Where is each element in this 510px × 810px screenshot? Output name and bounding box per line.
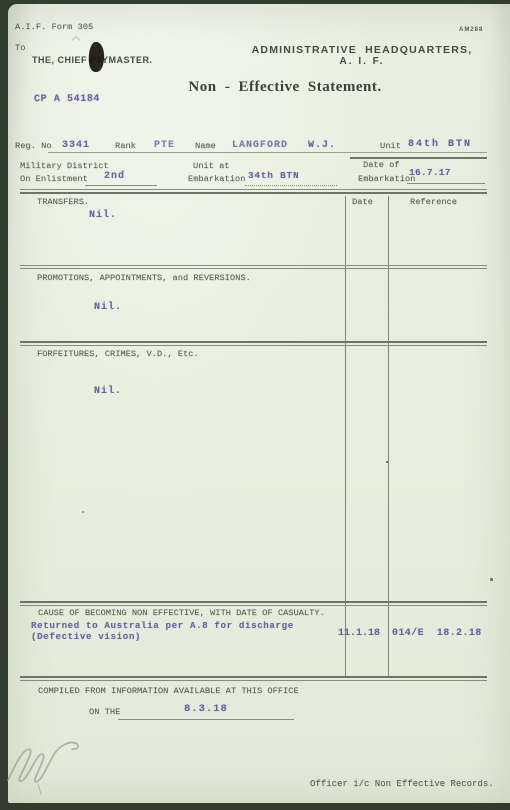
- form-number: A.I.F. Form 305: [15, 22, 93, 32]
- reg-no-label: Reg. No: [15, 141, 52, 151]
- pencil-signature: [2, 736, 97, 801]
- district-underline: [85, 185, 157, 186]
- printers-code: AM288: [459, 27, 483, 33]
- cause-entry-line1-stamp: Returned to Australia per A.8 for discha…: [31, 620, 294, 631]
- reference-column-header: Reference: [410, 197, 457, 207]
- embark-date-value: 16.7.17: [409, 167, 451, 178]
- district-label-line1: Military District: [20, 161, 109, 171]
- section-rule-top-a: [20, 189, 487, 190]
- registry-number-stamp: CP A 54184: [34, 94, 100, 105]
- forfeitures-separator-a: [20, 601, 487, 603]
- cause-label: CAUSE OF BECOMING NON EFFECTIVE, WITH DA…: [38, 608, 325, 618]
- on-the-label: ON THE: [89, 707, 120, 717]
- date-column-header: Date: [352, 197, 373, 207]
- paper-speck: [82, 511, 84, 513]
- unit-label: Unit: [380, 141, 401, 151]
- initials-value: W.J.: [308, 140, 336, 151]
- transfers-entry-stamp: Nil.: [89, 210, 117, 221]
- cause-entry-line2-stamp: (Defective vision): [31, 631, 141, 642]
- promotions-separator-b: [20, 345, 487, 346]
- unit-value: 84th BTN: [408, 139, 472, 150]
- form-title: Non - Effective Statement.: [165, 79, 405, 96]
- compiled-date-stamp: 8.3.18: [184, 703, 228, 715]
- section-rule-top-b: [20, 192, 487, 194]
- cause-reference-stamp: 014/E 18.2.18: [392, 628, 482, 639]
- org-name-line2: A. I. F.: [237, 56, 487, 67]
- transfers-separator-a: [20, 265, 487, 266]
- org-name-line1: ADMINISTRATIVE HEADQUARTERS,: [237, 44, 487, 56]
- name-label: Name: [195, 141, 216, 151]
- embark-unit-value: 34th BTN: [248, 170, 299, 181]
- rank-label: Rank: [115, 141, 136, 151]
- rank-value: PTE: [154, 140, 175, 151]
- compiled-date-underline: [118, 719, 294, 720]
- transfers-label: TRANSFERS.: [37, 197, 89, 207]
- embark-date-label-line1: Date of: [363, 160, 400, 170]
- embark-date-underline: [407, 183, 485, 184]
- promotions-entry-stamp: Nil.: [94, 302, 122, 313]
- embark-unit-label-line2: Embarkation: [188, 174, 245, 184]
- cause-date-stamp: 11.1.18: [338, 628, 380, 639]
- compiled-statement: COMPILED FROM INFORMATION AVAILABLE AT T…: [38, 686, 299, 696]
- surname-value: LANGFORD: [232, 140, 288, 151]
- unit-underline: [350, 157, 487, 159]
- paper-speck: [490, 578, 493, 581]
- officer-signature-block-label: Officer i/c Non Effective Records.: [310, 779, 494, 789]
- paper-speck: [386, 461, 388, 463]
- embark-unit-label-line1: Unit at: [193, 161, 230, 171]
- cause-separator-a: [20, 676, 487, 678]
- cause-separator-b: [20, 680, 487, 681]
- form-content: A.I.F. Form 305 AM288 To THE, CHIEF PAYM…: [0, 0, 510, 810]
- transfers-separator-b: [20, 268, 487, 269]
- promotions-separator-a: [20, 341, 487, 343]
- forfeitures-separator-b: [20, 605, 487, 606]
- promotions-label: PROMOTIONS, APPOINTMENTS, and REVERSIONS…: [37, 273, 251, 283]
- forfeitures-label: FORFEITURES, CRIMES, V.D., Etc.: [37, 349, 199, 359]
- reg-no-value: 3341: [62, 140, 90, 151]
- embark-unit-underline: [245, 185, 337, 186]
- pencil-cross-mark: [72, 36, 80, 44]
- to-label: To: [15, 43, 25, 53]
- row1-underline: [48, 152, 487, 153]
- ink-blot: [84, 40, 110, 76]
- forfeitures-entry-stamp: Nil.: [94, 386, 122, 397]
- district-value: 2nd: [104, 171, 125, 182]
- district-label-line2: On Enlistment: [20, 174, 88, 184]
